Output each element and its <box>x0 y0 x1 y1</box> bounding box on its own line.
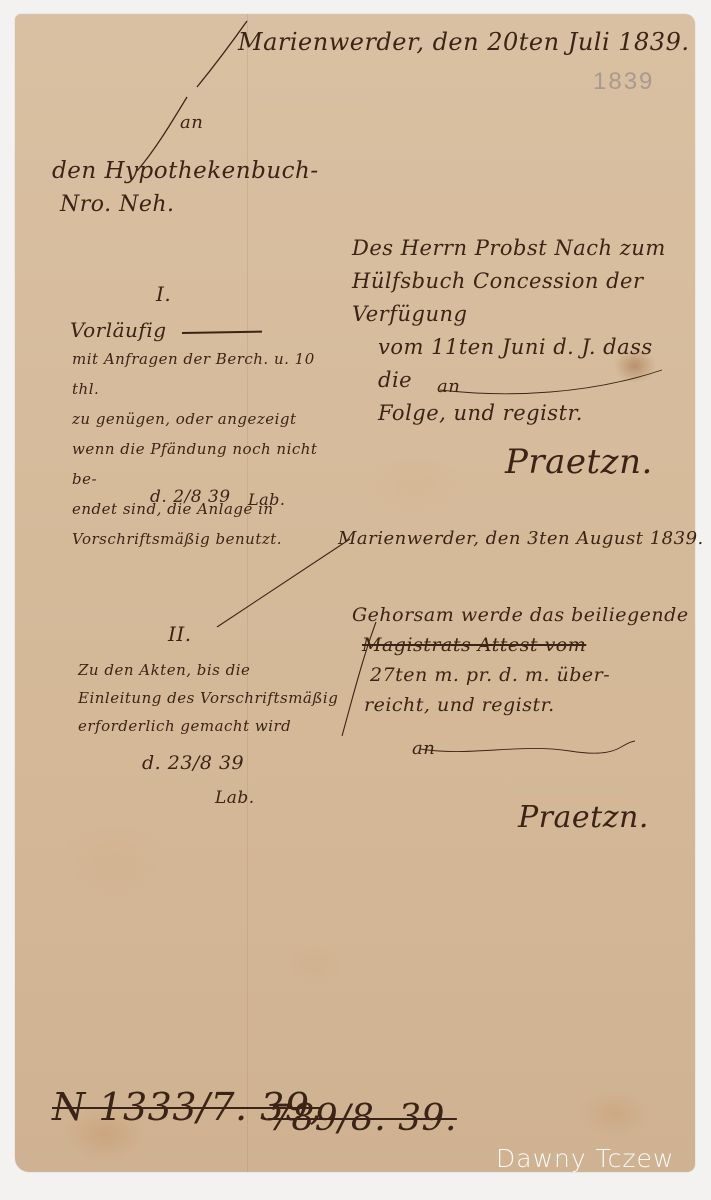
margin-note-2-line: Zu den Akten, bis die <box>78 656 348 684</box>
margin-note-1-body: mit Anfragen der Berch. u. 10 thl. zu ge… <box>72 344 342 554</box>
watermark-dawny-tczew: Dawny Tczew <box>496 1144 674 1173</box>
margin-note-2-initials: Lab. <box>215 788 255 808</box>
margin-note-2-numeral: II. <box>168 622 192 646</box>
main-text-2-line: 27ten m. pr. d. m. über- <box>352 660 692 690</box>
main-text-1: Des Herrn Probst Nach zum Hülfsbuch Conc… <box>352 232 692 430</box>
footer-reference-2: 789/8. 39. <box>268 1098 457 1139</box>
main-text-1-line: Folge, und registr. <box>352 397 692 430</box>
margin-note-1-heading: Vorläufig <box>70 318 167 342</box>
footer-reference-2-text: 789/8. 39. <box>268 1098 457 1139</box>
main-text-2-line: Gehorsam werde das beiliegende <box>352 600 692 630</box>
header-2-place-date: Marienwerder, den 3ten August 1839. <box>338 528 704 549</box>
margin-note-2-line: Einleitung des Vorschriftsmäßig <box>78 684 348 712</box>
margin-note-1-numeral: I. <box>156 282 171 306</box>
document-scan: Marienwerder, den 20ten Juli 1839. 1839 … <box>0 0 711 1200</box>
margin-note-2-date: d. 23/8 39 <box>142 752 244 774</box>
signature-2: Praetzn. <box>518 800 649 835</box>
margin-note-1-line: wenn die Pfändung noch nicht be- <box>72 434 342 494</box>
header-2-flourish <box>215 535 355 635</box>
main-text-1-line: Hülfsbuch Concession der Verfügung <box>352 265 692 331</box>
main-text-2-struck-line: Magistrats Attest vom <box>362 634 586 656</box>
margin-note-2-line: erforderlich gemacht wird <box>78 712 348 740</box>
signature-underline-1 <box>430 360 670 400</box>
header-place-date: Marienwerder, den 20ten Juli 1839. <box>238 28 689 56</box>
signature-1: Praetzn. <box>505 442 653 482</box>
addressee-line-2: den Hypothekenbuch- <box>52 158 319 184</box>
margin-note-1-line: mit Anfragen der Berch. u. 10 thl. <box>72 344 342 404</box>
margin-note-1-date: d. 2/8 39 <box>150 487 231 507</box>
signature-underline-2 <box>410 735 650 765</box>
pencil-year-annotation: 1839 <box>593 68 654 96</box>
main-text-1-line: Des Herrn Probst Nach zum <box>352 232 692 265</box>
main-text-2-line: Magistrats Attest vom <box>352 630 692 660</box>
addressee-an: an <box>180 112 203 133</box>
main-text-2: Gehorsam werde das beiliegende Magistrat… <box>352 600 692 720</box>
margin-note-1-line: zu genügen, oder angezeigt <box>72 404 342 434</box>
margin-note-1-initials: Lab. <box>248 490 286 509</box>
addressee-line-3: Nro. Neh. <box>60 192 175 217</box>
paper-sheet <box>15 14 695 1172</box>
margin-note-2-body: Zu den Akten, bis die Einleitung des Vor… <box>78 656 348 740</box>
main-text-2-line: reicht, und registr. <box>352 690 692 720</box>
